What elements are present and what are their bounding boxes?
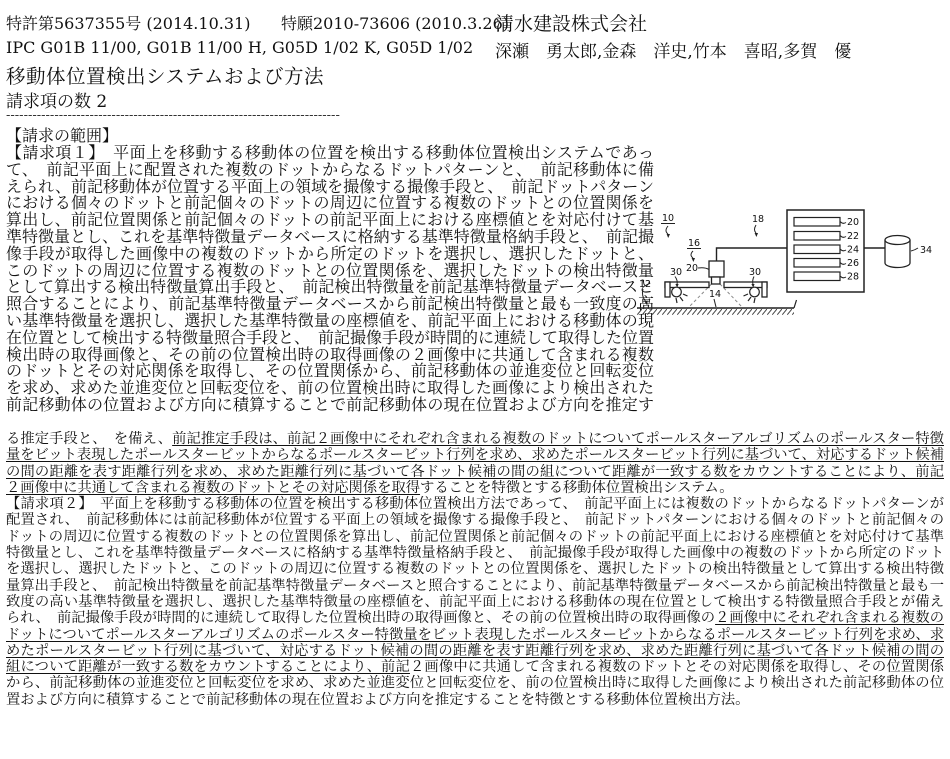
figure-controller-box: 20 22 24 26 28 — [787, 210, 864, 292]
text-segment: することを特徴とする移動体位置検出システム。 — [420, 480, 734, 496]
figure-floor — [637, 300, 797, 315]
dashed-separator: ----------------------------------------… — [6, 110, 340, 122]
application-number: 特願2010-73606 (2010.3.26) — [281, 11, 509, 34]
svg-text:12: 12 — [639, 279, 651, 290]
svg-text:30: 30 — [749, 267, 761, 278]
figure-lamp-right — [744, 287, 760, 303]
claim2-body: 【請求項２】 平面上を移動する移動体の位置を検出する移動体位置検出方法であって、… — [6, 496, 944, 708]
text-segment: る推定手段と、 を備え、 — [6, 431, 172, 447]
ipc-classification: IPC G01B 11/00, G01B 11/00 H, G05D 1/02 … — [6, 38, 473, 57]
figure-ref-10: 10 — [661, 213, 675, 238]
module-label-20: 20 — [847, 217, 859, 228]
svg-text:20: 20 — [686, 263, 698, 274]
svg-text:16: 16 — [688, 238, 700, 249]
invention-title: 移動体位置検出システムおよび方法 — [6, 61, 324, 89]
figure-ref-18: 18 — [752, 214, 764, 237]
figure-lamp-left — [672, 287, 688, 303]
db-ref-label: 34 — [920, 245, 932, 256]
figure-wire-camera-to-box — [717, 248, 788, 261]
patent-number: 特許第5637355号 (2014.10.31) — [6, 11, 250, 34]
applicant-name: 清水建設株式会社 — [495, 9, 647, 36]
figure-ref-14: 14 — [709, 289, 721, 307]
figure-database-cylinder: 34 — [885, 236, 932, 268]
module-label-28: 28 — [847, 272, 859, 283]
claim1-body-narrow: 【請求項１】 平面上を移動する移動体の位置を検出する移動体位置検出システムであっ… — [6, 145, 654, 414]
svg-text:10: 10 — [662, 213, 674, 224]
svg-text:18: 18 — [752, 214, 764, 225]
svg-text:30: 30 — [670, 267, 682, 278]
text-segment: 【請求項２】 平面上を移動する移動体の位置を検出する移動体位置検出方法であって、… — [6, 496, 944, 626]
inventor-names: 深瀬 勇太郎,金森 洋史,竹本 喜昭,多賀 優 — [495, 37, 851, 62]
module-label-26: 26 — [847, 258, 859, 269]
figure-drawing: 20 22 24 26 28 34 10 18 — [632, 195, 950, 337]
figure-ref-12: 12 — [639, 279, 651, 306]
figure-camera — [709, 261, 724, 284]
figure-ref-16: 16 — [687, 238, 701, 262]
claim1-body-continuation: る推定手段と、 を備え、前記推定手段は、前記２画像中にそれぞれ含まれる複数のドッ… — [6, 431, 944, 496]
patent-document-page: 特許第5637355号 (2014.10.31) 特願2010-73606 (2… — [0, 0, 950, 759]
claims-count: 請求項の数 2 — [6, 87, 107, 112]
patent-figure: 20 22 24 26 28 34 10 18 — [632, 195, 950, 337]
claims-body-fullwidth: る推定手段と、 を備え、前記推定手段は、前記２画像中にそれぞれ含まれる複数のドッ… — [6, 431, 944, 708]
module-label-22: 22 — [847, 231, 859, 242]
svg-text:14: 14 — [709, 289, 721, 300]
figure-ref-20-camera: 20 — [686, 263, 709, 274]
module-label-24: 24 — [847, 245, 859, 256]
